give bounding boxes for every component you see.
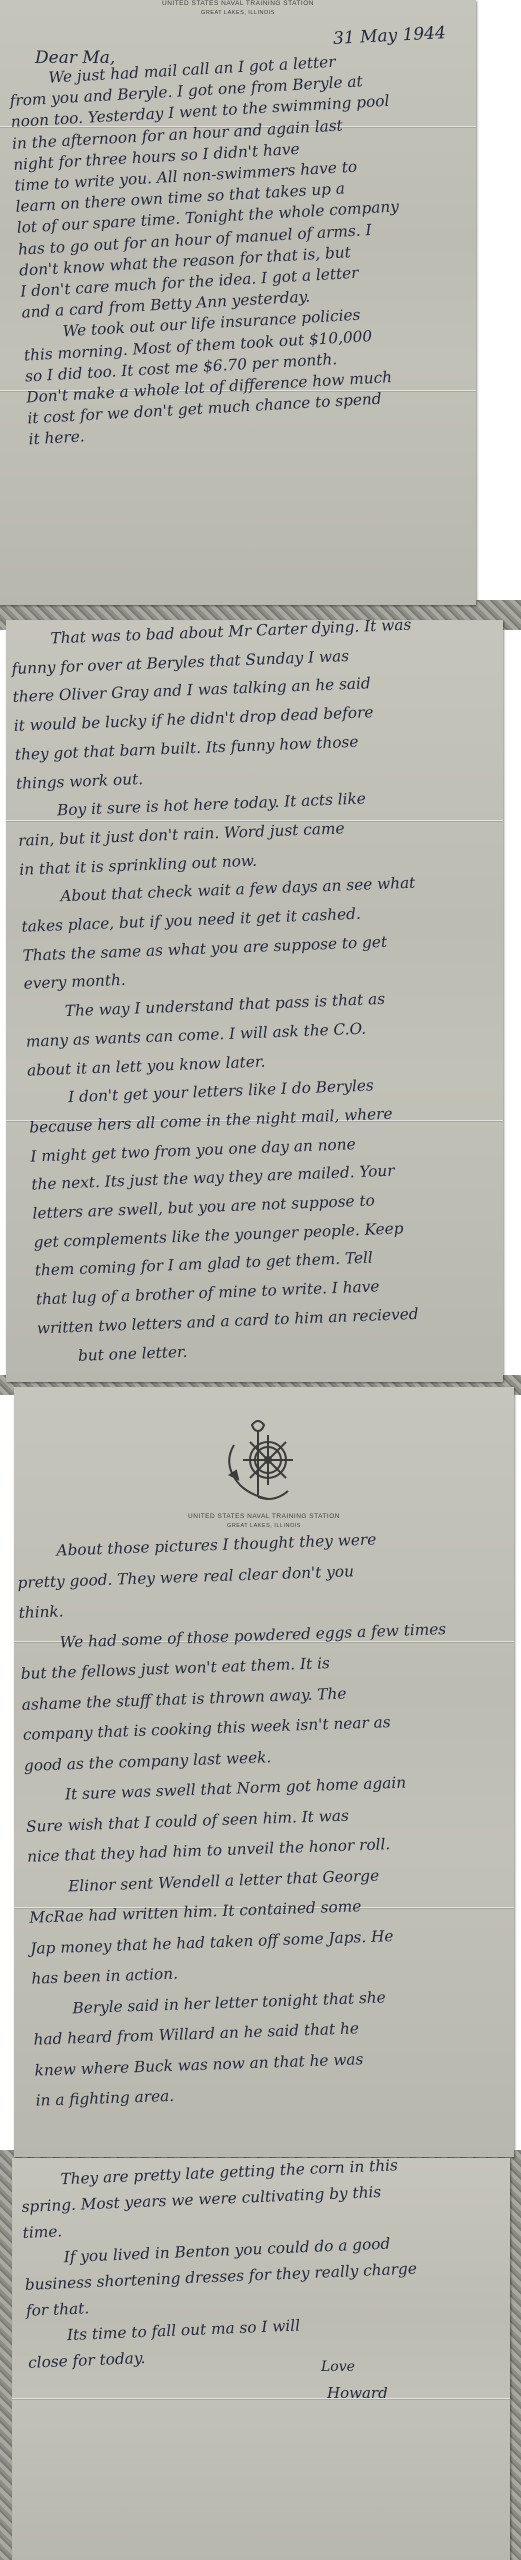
- anchor-and-ships-wheel-icon: [222, 1415, 306, 1510]
- letter-date: 31 May 1944: [333, 23, 447, 49]
- letterhead-line-1: UNITED STATES NAVAL TRAINING STATION: [0, 0, 476, 7]
- letter-body-page-2: That was to bad about Mr Carter dying. I…: [10, 620, 439, 1372]
- letter-page-4: They are pretty late getting the corn in…: [12, 2158, 510, 2560]
- closing: Love Howard: [317, 2354, 388, 2406]
- letter-body-page-4: They are pretty late getting the corn in…: [20, 2158, 421, 2376]
- letter-body-page-1: We just had mail call an I got a letterf…: [8, 49, 411, 451]
- signature: Howard: [317, 2380, 388, 2406]
- letterhead-line-1: UNITED STATES NAVAL TRAINING STATION: [14, 1513, 514, 1520]
- letter-page-1: UNITED STATES NAVAL TRAINING STATION GRE…: [0, 0, 476, 605]
- fold-crease: [12, 2398, 510, 2399]
- letterhead: UNITED STATES NAVAL TRAINING STATION GRE…: [0, 0, 476, 16]
- letter-body-page-3: About those pictures I thought they were…: [16, 1522, 463, 2116]
- letter-page-2: That was to bad about Mr Carter dying. I…: [6, 620, 503, 1382]
- letterhead-line-2: GREAT LAKES, ILLINOIS: [0, 10, 476, 16]
- letter-page-3: UNITED STATES NAVAL TRAINING STATION GRE…: [14, 1387, 514, 2157]
- valediction: Love: [317, 2354, 388, 2380]
